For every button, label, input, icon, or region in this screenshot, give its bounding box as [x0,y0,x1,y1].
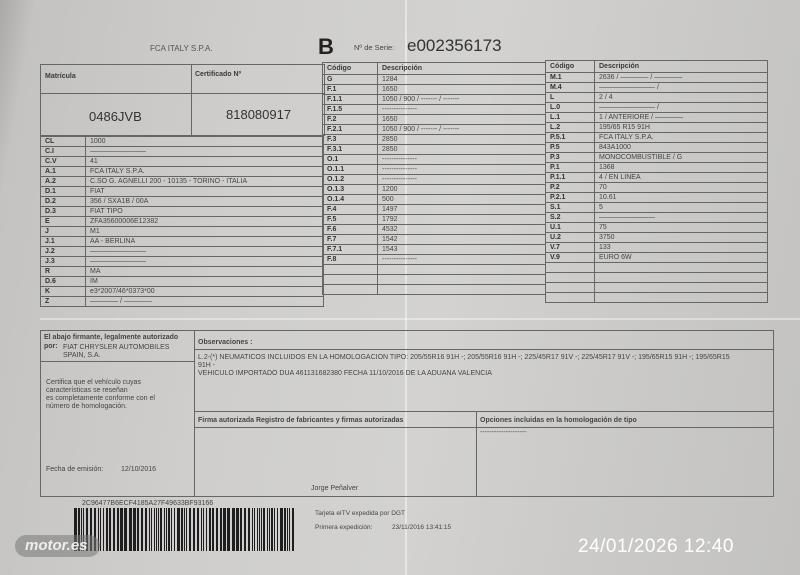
manufacturer-header: FCA ITALY S.P.A. [150,44,213,53]
table-row: D.6IM [41,277,324,287]
field-value: FCA ITALY S.P.A. [595,133,768,143]
field-code: F.2.1 [323,125,378,135]
field-code: U.1 [546,223,595,233]
field-code: O.1.4 [323,195,378,205]
field-value: EURO 6W [595,253,768,263]
serial-number: e002356173 [407,36,502,56]
field-code: D.3 [41,207,86,217]
table-row: D.1FIAT [41,187,324,197]
table-row: F.3.12850 [323,145,546,155]
left-data-table: CL1000C.I————————C.V41A.1FCA ITALY S.P.A… [40,136,324,307]
table-row: F.11650 [323,85,546,95]
field-code: C.I [41,147,86,157]
itv-card-document: FCA ITALY S.P.A. B Nº de Serie: e0023561… [0,0,800,575]
field-value: 70 [595,183,768,193]
table-row: F.2.11050 / 900 / ------- / ------- [323,125,546,135]
field-code: D.2 [41,197,86,207]
field-value: 1 / ANTERIORE / ———— [595,113,768,123]
certificado-value: 818080917 [226,107,291,122]
table-row: J.3———————— [41,257,324,267]
field-code: F.4 [323,205,378,215]
field-value: 2850 [378,145,546,155]
field-code: S.2 [546,213,595,223]
field-code: J [41,227,86,237]
field-value: 1543 [378,245,546,255]
field-value: 1368 [595,163,768,173]
table-row: S.2———————— [546,213,768,223]
certification-section: El abajo firmante, legalmente autorizado… [40,330,774,497]
first-issue-date: 23/11/2016 13:41:15 [392,524,451,531]
field-code: P.3 [546,153,595,163]
field-code: L.2 [546,123,595,133]
table-row: A.2C.SO G. AGNELLI 200 - 10135 - TORINO … [41,177,324,187]
table-row: L2 / 4 [546,93,768,103]
category-letter: B [318,34,334,60]
field-value: 1284 [378,75,546,85]
table-row: JM1 [41,227,324,237]
field-value: 2 / 4 [595,93,768,103]
table-row: L.2195/65 R15 91H [546,123,768,133]
field-value: 356 / SXA1B / 00A [86,197,324,207]
field-code: F.7 [323,235,378,245]
field-code: F.5 [323,215,378,225]
col-desc-header: Descripción [378,63,546,75]
table-row: F.71542 [323,235,546,245]
field-code: J.2 [41,247,86,257]
table-row: V.7133 [546,243,768,253]
field-value: 4 / EN LINEA [595,173,768,183]
field-code: F.6 [323,225,378,235]
field-value: 500 [378,195,546,205]
field-code: F.1 [323,85,378,95]
dgt-issued-by: Tarjeta eITV expedida por DGT [315,510,405,517]
field-code: L [546,93,595,103]
field-code: L.0 [546,103,595,113]
field-value: FIAT TIPO [86,207,324,217]
field-value: 75 [595,223,768,233]
field-code: R [41,267,86,277]
table-row: O.1.4500 [323,195,546,205]
table-row: F.1.5--------------- [323,105,546,115]
field-code: U.2 [546,233,595,243]
field-value: 4532 [378,225,546,235]
field-code: A.2 [41,177,86,187]
field-value: 1650 [378,85,546,95]
serial-label: Nº de Serie: [354,43,394,52]
table-row: P.5843A1000 [546,143,768,153]
field-value: --------------- [378,255,546,265]
field-code: F.1.1 [323,95,378,105]
col-code-header: Código [323,63,378,75]
field-code: F.8 [323,255,378,265]
field-code: S.1 [546,203,595,213]
emission-date: 12/10/2016 [121,465,156,474]
field-value: 1792 [378,215,546,225]
field-value: --------------- [378,155,546,165]
field-value: 3750 [595,233,768,243]
col-code-header: Código [546,61,595,73]
field-value: FCA ITALY S.P.A. [86,167,324,177]
field-value: 1497 [378,205,546,215]
table-row: P.270 [546,183,768,193]
certifies-text-4: número de homologación. [46,402,127,411]
field-value: 1542 [378,235,546,245]
field-value: --------------- [378,105,546,115]
field-value: ———————— [595,213,768,223]
field-value: --------------- [378,165,546,175]
por-label: por: [44,342,58,351]
table-row: F.32850 [323,135,546,145]
field-code: V.7 [546,243,595,253]
signer-company-2: SPAIN, S.A. [63,351,101,360]
signer-heading: El abajo firmante, legalmente autorizado [44,333,178,342]
field-code: L.1 [546,113,595,123]
table-row: U.23750 [546,233,768,243]
field-value: MONOCOMBUSTIBLE / G [595,153,768,163]
matricula-label: Matrícula [45,73,76,80]
field-value: --------------- [378,175,546,185]
table-row: F.51792 [323,215,546,225]
signer-name: Jorge Peñalver [311,484,358,493]
field-code: P.1.1 [546,173,595,183]
table-row: CL1000 [41,137,324,147]
table-row: P.5.1FCA ITALY S.P.A. [546,133,768,143]
observations-line-1: L.2-(*) NEUMATICOS INCLUIDOS EN LA HOMOL… [198,353,730,362]
table-row: V.9EURO 6W [546,253,768,263]
observations-label: Observaciones : [198,338,252,347]
table-row: O.1.1--------------- [323,165,546,175]
col-desc-header: Descripción [595,61,768,73]
field-code: J.1 [41,237,86,247]
table-row: O.1.2--------------- [323,175,546,185]
field-code: J.3 [41,257,86,267]
table-row: Z———— / ———— [41,297,324,307]
table-row: F.64532 [323,225,546,235]
field-value: 1000 [86,137,324,147]
table-row: A.1FCA ITALY S.P.A. [41,167,324,177]
field-value: 133 [595,243,768,253]
signature-box-label: Firma autorizada Registro de fabricantes… [198,416,403,425]
table-row: RMA [41,267,324,277]
field-value: 2636 / ———— / ———— [595,73,768,83]
field-code: P.1 [546,163,595,173]
table-row: U.175 [546,223,768,233]
field-value: ZFA35600006E12382 [86,217,324,227]
field-code: P.5 [546,143,595,153]
field-code: P.2.1 [546,193,595,203]
table-row: D.2356 / SXA1B / 00A [41,197,324,207]
field-value: ———————— / [595,103,768,113]
field-value: AA - BERLINA [86,237,324,247]
field-code: P.2 [546,183,595,193]
options-box-label: Opciones incluidas en la homologación de… [480,416,637,425]
field-code: P.5.1 [546,133,595,143]
field-code: CL [41,137,86,147]
table-row: J.2———————— [41,247,324,257]
field-code: K [41,287,86,297]
table-row: O.1.31200 [323,185,546,195]
table-row: G1284 [323,75,546,85]
field-value: C.SO G. AGNELLI 200 - 10135 - TORINO - I… [86,177,324,187]
field-code: O.1.2 [323,175,378,185]
field-value: IM [86,277,324,287]
field-value: 843A1000 [595,143,768,153]
table-row: L.11 / ANTERIORE / ———— [546,113,768,123]
table-row: P.1.14 / EN LINEA [546,173,768,183]
first-issue-label: Primera expedición: [315,524,372,531]
observations-line-3: VEHICULO IMPORTADO DUA 461131682380 FECH… [198,369,492,378]
table-row: S.15 [546,203,768,213]
field-value: FIAT [86,187,324,197]
field-value: 1050 / 900 / ------- / ------- [378,95,546,105]
field-code: A.1 [41,167,86,177]
watermark-logo: motor.es [15,535,100,557]
table-row: J.1AA - BERLINA [41,237,324,247]
field-value: 195/65 R15 91H [595,123,768,133]
table-row: F.21650 [323,115,546,125]
table-row: P.11368 [546,163,768,173]
field-code: V.9 [546,253,595,263]
field-value: 5 [595,203,768,213]
field-value: ———————— / [595,83,768,93]
table-row: M.4———————— / [546,83,768,93]
field-code: D.6 [41,277,86,287]
field-value: ———————— [86,147,324,157]
registration-box: Matrícula Certificado Nº 0486JVB 8180809… [40,64,325,136]
emission-date-label: Fecha de emisión: [46,465,103,474]
field-code: F.2 [323,115,378,125]
right-data-table: Código Descripción M.12636 / ———— / ————… [545,60,768,303]
field-code: O.1 [323,155,378,165]
table-row: EZFA35600006E12382 [41,217,324,227]
options-value: -------------------- [480,428,527,437]
table-row: M.12636 / ———— / ———— [546,73,768,83]
field-value: 10.61 [595,193,768,203]
field-value: M1 [86,227,324,237]
field-value: ———— / ———— [86,297,324,307]
field-code: Z [41,297,86,307]
matricula-value: 0486JVB [89,109,142,124]
field-code: F.3.1 [323,145,378,155]
field-value: 2850 [378,135,546,145]
middle-data-table: Código Descripción G1284F.11650F.1.11050… [322,62,546,295]
field-code: F.3 [323,135,378,145]
table-row: F.8--------------- [323,255,546,265]
table-row: L.0———————— / [546,103,768,113]
field-value: ———————— [86,257,324,267]
table-row: D.3FIAT TIPO [41,207,324,217]
photo-timestamp: 24/01/2026 12:40 [578,536,734,558]
field-code: F.7.1 [323,245,378,255]
field-code: G [323,75,378,85]
field-value: 1050 / 900 / ------- / ------- [378,125,546,135]
field-value: 1200 [378,185,546,195]
table-row: C.V41 [41,157,324,167]
field-code: M.4 [546,83,595,93]
field-code: O.1.3 [323,185,378,195]
barcode [72,508,297,551]
field-value: MA [86,267,324,277]
table-row: P.2.110.61 [546,193,768,203]
certificado-label: Certificado Nº [195,71,241,78]
table-row: C.I———————— [41,147,324,157]
table-row: F.7.11543 [323,245,546,255]
field-code: F.1.5 [323,105,378,115]
table-row: P.3MONOCOMBUSTIBLE / G [546,153,768,163]
field-code: D.1 [41,187,86,197]
field-code: M.1 [546,73,595,83]
table-row: Ke3*2007/46*0373*00 [41,287,324,297]
field-value: 41 [86,157,324,167]
field-value: e3*2007/46*0373*00 [86,287,324,297]
paper-fold-horizontal [40,318,800,320]
field-value: 1650 [378,115,546,125]
field-code: C.V [41,157,86,167]
field-value: ———————— [86,247,324,257]
table-row: F.1.11050 / 900 / ------- / ------- [323,95,546,105]
table-row: O.1--------------- [323,155,546,165]
field-code: E [41,217,86,227]
table-row: F.41497 [323,205,546,215]
barcode-text: 2C96477B6ECF4185A27F49633BF93166 [82,500,213,507]
field-code: O.1.1 [323,165,378,175]
